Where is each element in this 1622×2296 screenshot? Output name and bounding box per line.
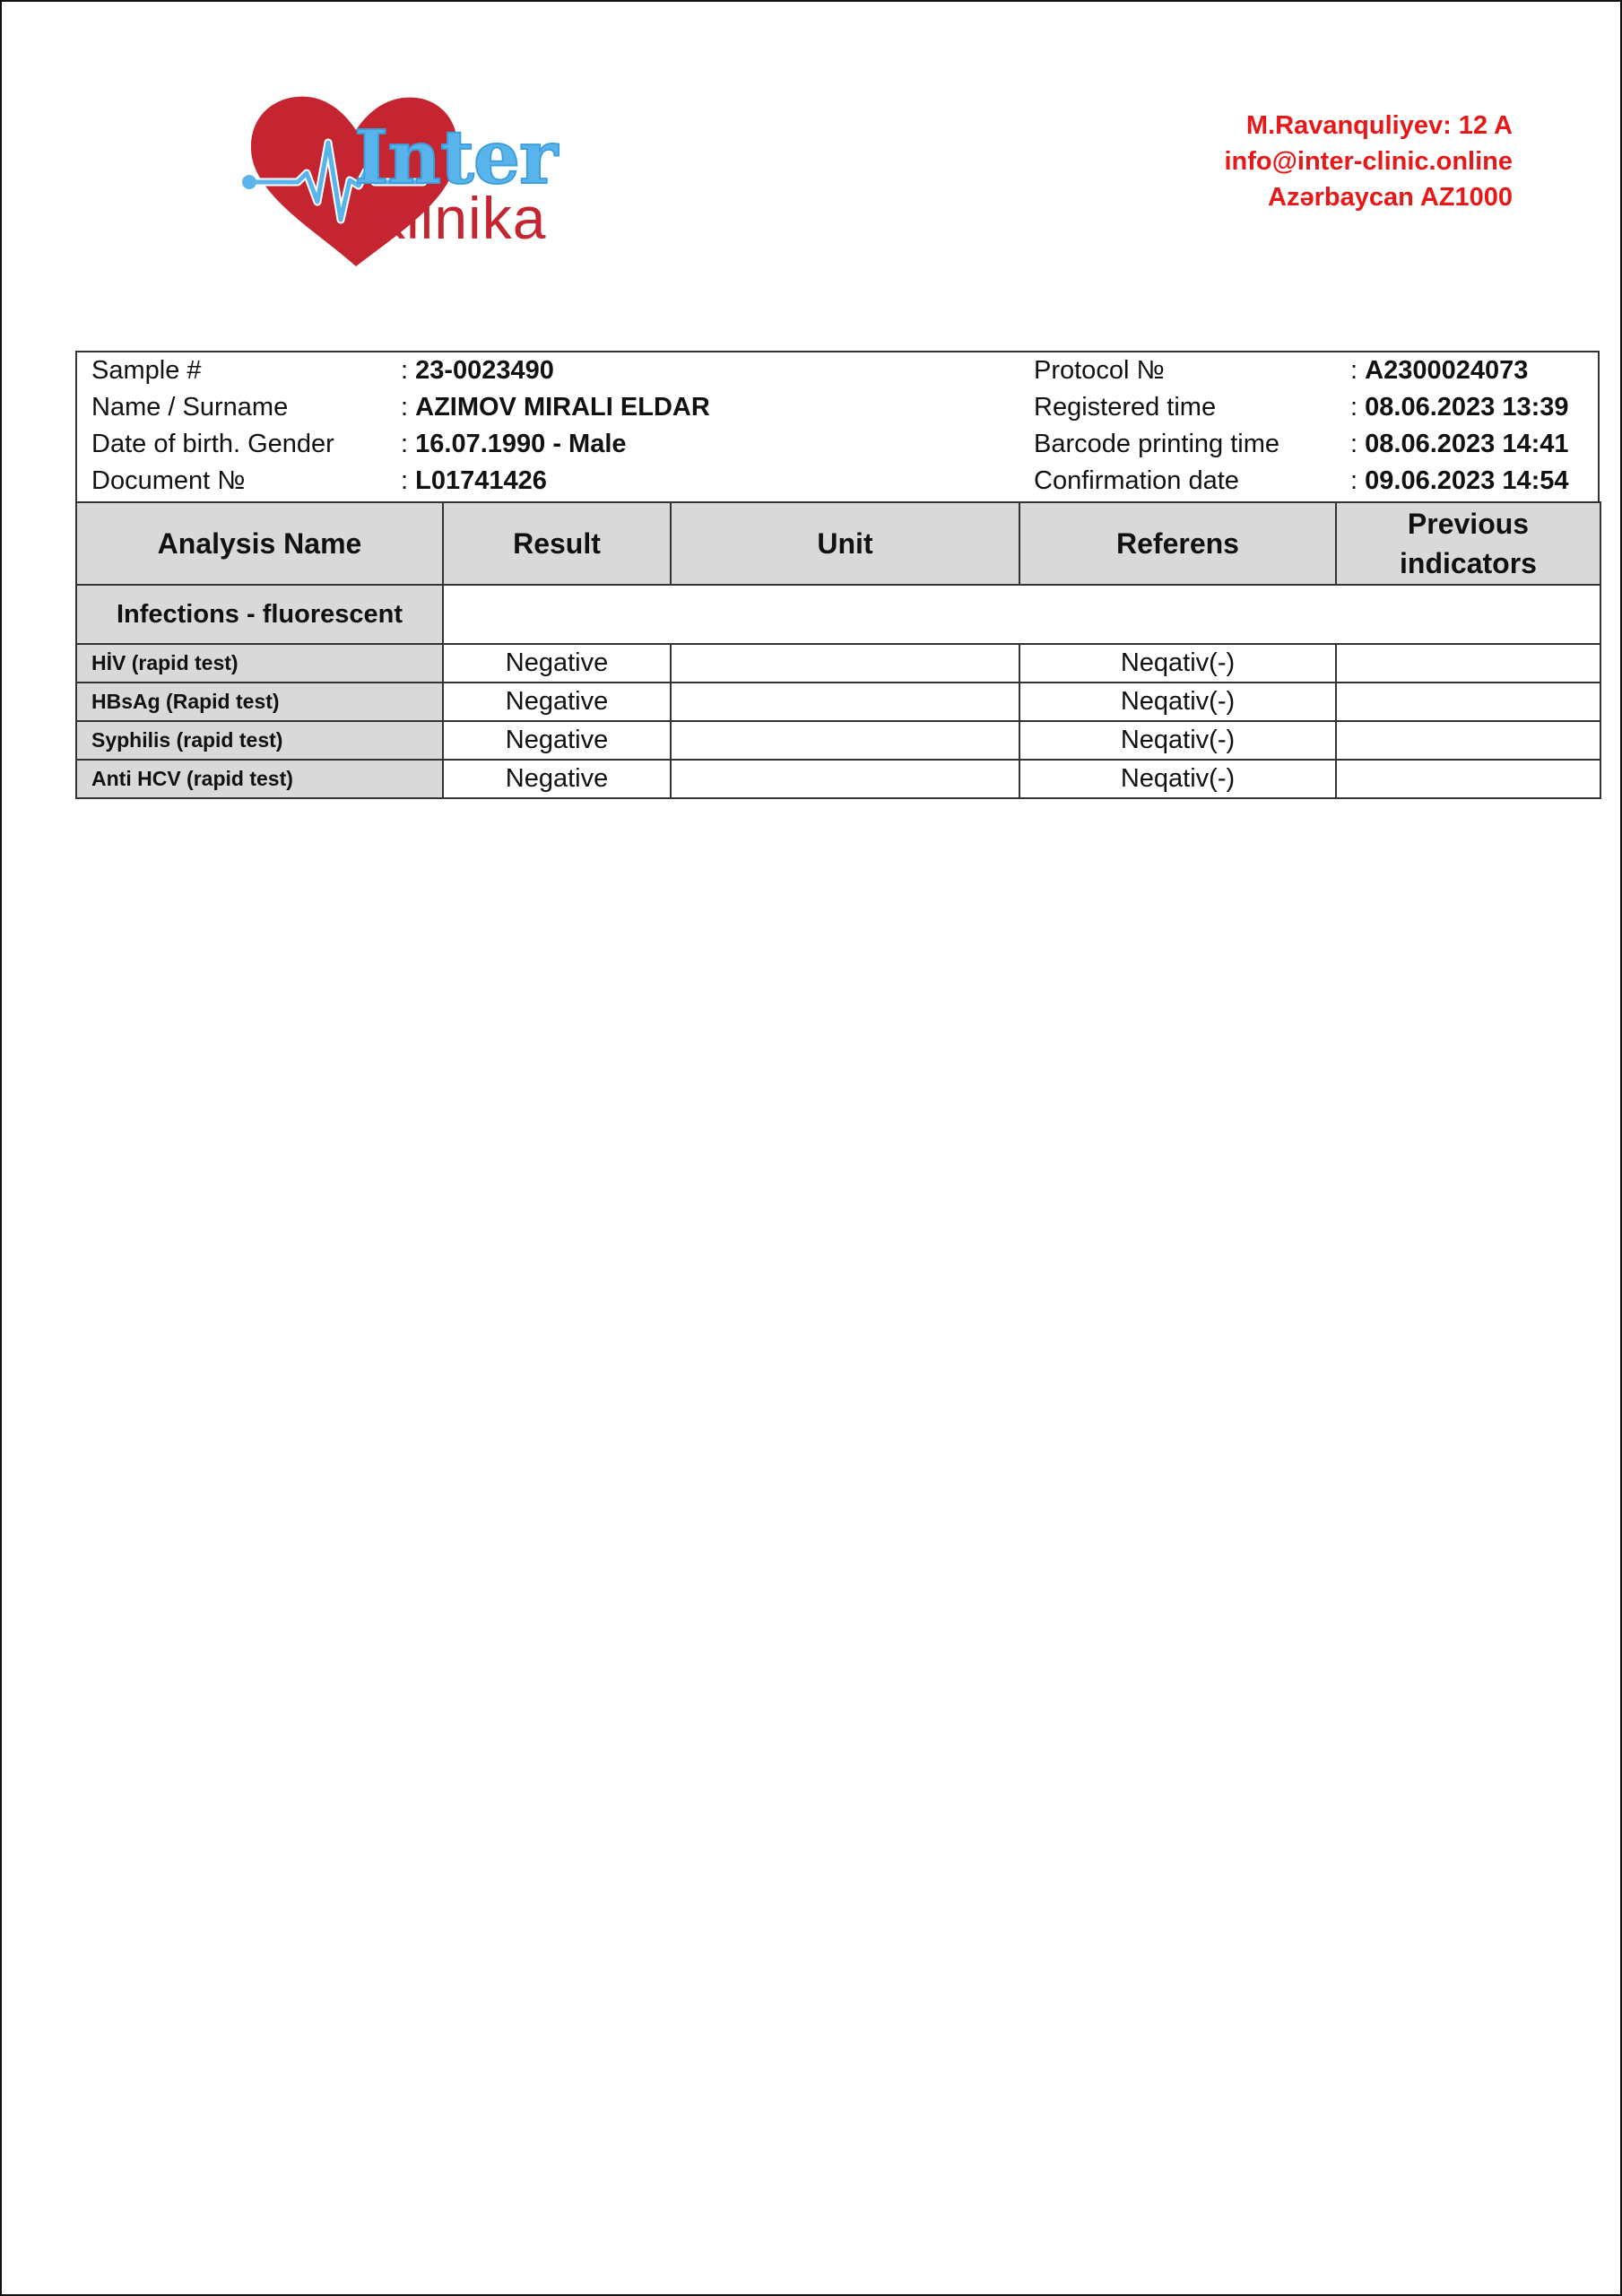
analysis-name: Anti HCV (rapid test): [76, 760, 443, 798]
patient-info-block: Sample # : 23-0023490 Name / Surname : A…: [75, 351, 1600, 501]
result-value: Negative: [443, 644, 671, 683]
reference-value: Neqativ(-): [1019, 760, 1336, 798]
info-label: Sample #: [91, 352, 202, 389]
info-label: Registered time: [1034, 389, 1216, 426]
info-label: Barcode printing time: [1034, 426, 1279, 463]
results-header-row: Analysis Name Result Unit Referens Previ…: [76, 502, 1600, 585]
column-header-reference: Referens: [1019, 502, 1336, 585]
previous-value: [1336, 683, 1600, 721]
address-email[interactable]: info@inter-clinic.online: [1224, 143, 1513, 179]
clinic-address: M.Ravanquliyev: 12 A info@inter-clinic.o…: [1224, 108, 1513, 215]
address-street: M.Ravanquliyev: 12 A: [1224, 108, 1513, 143]
result-value: Negative: [443, 721, 671, 760]
info-label: Name / Surname: [91, 389, 288, 426]
previous-value: [1336, 760, 1600, 798]
lab-report-page: Inter klinika M.Ravanquliyev: 12 A info@…: [0, 0, 1622, 2296]
category-name: Infections - fluorescent: [76, 585, 443, 644]
document-number: : L01741426: [401, 463, 547, 500]
patient-name: : AZIMOV MIRALI ELDAR: [401, 389, 710, 426]
protocol-number: : A2300024073: [1350, 352, 1528, 389]
info-label: Document №: [91, 463, 245, 500]
analysis-name: HİV (rapid test): [76, 644, 443, 683]
reference-value: Neqativ(-): [1019, 644, 1336, 683]
table-row: Syphilis (rapid test) Negative Neqativ(-…: [76, 721, 1600, 760]
column-header-result: Result: [443, 502, 671, 585]
unit-value: [671, 683, 1019, 721]
table-row: Anti HCV (rapid test) Negative Neqativ(-…: [76, 760, 1600, 798]
logo-word-klinika: klinika: [376, 188, 546, 248]
info-label: Protocol №: [1034, 352, 1165, 389]
result-value: Negative: [443, 760, 671, 798]
registered-time: : 08.06.2023 13:39: [1350, 389, 1569, 426]
unit-value: [671, 721, 1019, 760]
result-value: Negative: [443, 683, 671, 721]
category-row: Infections - fluorescent: [76, 585, 1600, 644]
patient-dob-gender: : 16.07.1990 - Male: [401, 426, 627, 463]
reference-value: Neqativ(-): [1019, 683, 1336, 721]
column-header-analysis-name: Analysis Name: [76, 502, 443, 585]
logo-word-inter: Inter: [354, 121, 557, 195]
unit-value: [671, 760, 1019, 798]
table-row: HİV (rapid test) Negative Neqativ(-): [76, 644, 1600, 683]
reference-value: Neqativ(-): [1019, 721, 1336, 760]
analysis-name: HBsAg (Rapid test): [76, 683, 443, 721]
sample-number: : 23-0023490: [401, 352, 554, 389]
previous-value: [1336, 721, 1600, 760]
table-row: HBsAg (Rapid test) Negative Neqativ(-): [76, 683, 1600, 721]
confirmation-date: : 09.06.2023 14:54: [1350, 463, 1569, 500]
address-country: Azərbaycan AZ1000: [1224, 179, 1513, 215]
info-label: Date of birth. Gender: [91, 426, 334, 463]
barcode-printing-time: : 08.06.2023 14:41: [1350, 426, 1569, 463]
unit-value: [671, 644, 1019, 683]
column-header-previous-indicators: Previous indicators: [1336, 502, 1600, 585]
analysis-name: Syphilis (rapid test): [76, 721, 443, 760]
results-table: Analysis Name Result Unit Referens Previ…: [75, 501, 1601, 799]
category-empty-cell: [443, 585, 1600, 644]
clinic-logo: Inter klinika: [118, 87, 585, 275]
column-header-unit: Unit: [671, 502, 1019, 585]
previous-value: [1336, 644, 1600, 683]
info-label: Confirmation date: [1034, 463, 1239, 500]
